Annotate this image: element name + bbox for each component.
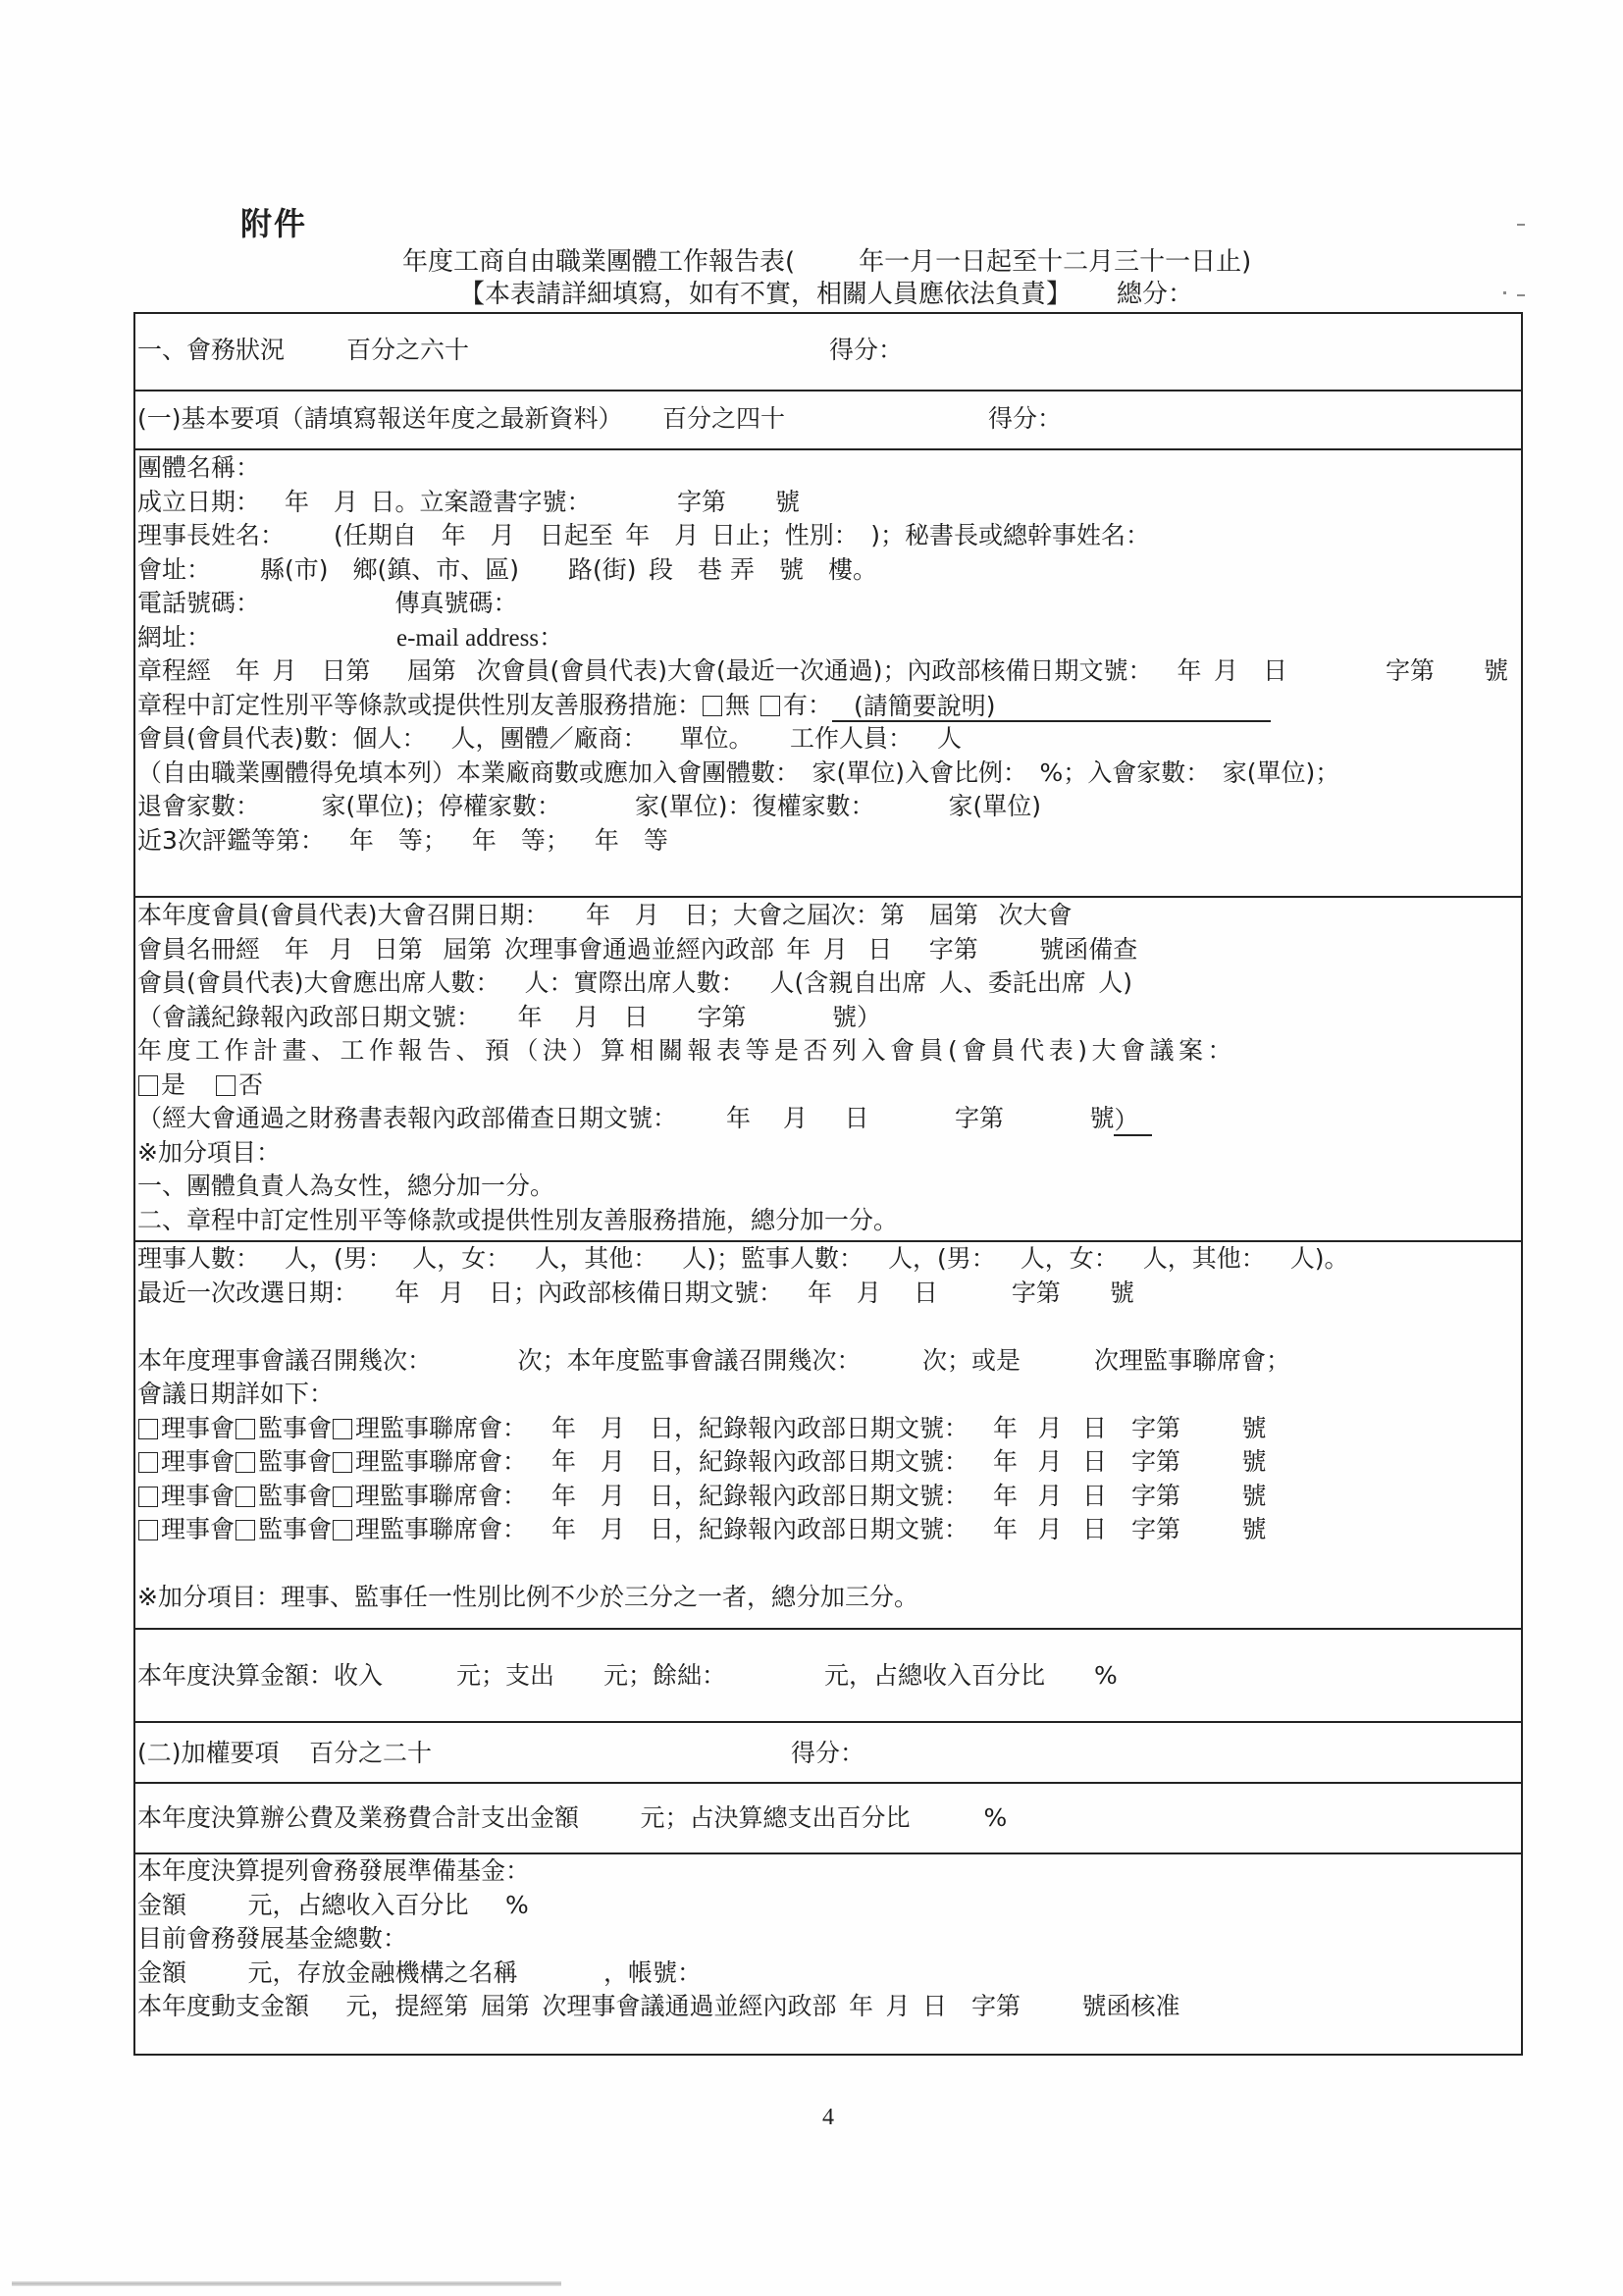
blank-line <box>137 1310 1521 1344</box>
option-label: 監事會 <box>258 1414 332 1442</box>
checkbox-gender-clause-yes[interactable] <box>760 696 780 716</box>
checkbox-joint-meeting[interactable] <box>333 1452 352 1473</box>
checkbox-supervisors-meeting[interactable] <box>236 1487 255 1507</box>
total-score-label: 總分： <box>1117 280 1193 309</box>
option-label: 理事會 <box>161 1447 235 1476</box>
final-accounts-block: 本年度決算金額：收入 元；支出 元；餘絀： 元，占總收入百分比 % <box>133 1628 1523 1721</box>
member-count-line: 會員(會員代表)數：個人： 人，團體／廠商： 單位。 工作人員： 人 <box>137 722 1521 757</box>
form-notice: 【本表請詳細填寫，如有不實，相關人員應依法負責】 <box>459 280 1072 309</box>
withdrawal-count-line: 退會家數： 家(單位)；停權家數： 家(單位)：復權家數： 家(單位) <box>137 790 1521 824</box>
option-label-no: 否 <box>238 1070 263 1099</box>
bonus-item-line: 一、團體負責人為女性，總分加一分。 <box>137 1170 1521 1204</box>
address-line: 會址： 縣(市) 鄉(鎮、市、區) 路(街) 段 巷 弄 號 樓。 <box>137 553 1521 588</box>
financial-filing-line: （經大會通過之財務書表報內政部備查日期文號： 年 月 日 字第 號） <box>137 1102 1521 1136</box>
scan-mark <box>1517 294 1525 296</box>
checkbox-supervisors-meeting[interactable] <box>236 1520 255 1540</box>
option-label: 理監事聯席會： <box>355 1482 527 1510</box>
financial-filing-text: （經大會通過之財務書表報內政部備查日期文號： 年 月 日 字第 號 <box>137 1104 1114 1132</box>
section-heading: (一)基本要項（請填寫報送年度之最新資料） <box>137 402 623 437</box>
website-email-line: 網址：e-mail address： <box>137 621 1521 655</box>
website-label: 網址： <box>137 623 211 652</box>
meeting-detail: 年 月 日，紀錄報內政部日期文號： 年 月 日 字第 號 <box>527 1515 1266 1543</box>
option-label: 監事會 <box>258 1515 332 1543</box>
general-assembly-block: 本年度會員(會員代表)大會召開日期： 年 月 日；大會之屆次：第 屆第 次大會 … <box>133 896 1523 1240</box>
development-fund-block: 本年度決算提列會務發展準備基金： 金額 元，占總收入百分比 % 目前會務發展基金… <box>133 1852 1523 2056</box>
meeting-dates-title: 會議日期詳如下： <box>137 1378 1521 1412</box>
fund-deposit-line: 金額 元，存放金融機構之名稱 ，帳號： <box>137 1957 1521 1991</box>
meeting-row: 理事會監事會理監事聯席會： 年 月 日，紀錄報內政部日期文號： 年 月 日 字第… <box>137 1480 1521 1514</box>
option-label-yes: 有： <box>783 691 832 719</box>
checkbox-supervisors-meeting[interactable] <box>236 1452 255 1473</box>
phone-fax-line: 電話號碼： 傳真號碼： <box>137 587 1521 621</box>
option-label: 理事會 <box>161 1515 235 1543</box>
score-label: 得分： <box>988 402 1062 437</box>
charter-line: 章程經 年 月 日第 屆第 次會員(會員代表)大會(最近一次通過)；內政部核備日… <box>137 654 1521 689</box>
final-accounts-line: 本年度決算金額：收入 元；支出 元；餘絀： 元，占總收入百分比 % <box>137 1659 1521 1694</box>
checkbox-board-meeting[interactable] <box>138 1419 158 1439</box>
email-label: e-mail address： <box>396 625 563 652</box>
section-basic-items: (一)基本要項（請填寫報送年度之最新資料） 百分之四十 得分： <box>133 390 1523 448</box>
checkbox-agenda-no[interactable] <box>216 1075 236 1096</box>
checkbox-joint-meeting[interactable] <box>333 1487 352 1507</box>
founded-line: 成立日期： 年 月 日。立案證書字號： 字第 號 <box>137 486 1521 520</box>
page-number: 4 <box>822 2103 834 2132</box>
section-weight: 百分之二十 <box>309 1737 432 1771</box>
meeting-detail: 年 月 日，紀錄報內政部日期文號： 年 月 日 字第 號 <box>527 1482 1266 1510</box>
basic-info-block: 團體名稱： 成立日期： 年 月 日。立案證書字號： 字第 號 理事長姓名： (任… <box>133 448 1523 896</box>
attendance-line: 會員(會員代表)大會應出席人數： 人：實際出席人數： 人(含親自出席 人、委託出… <box>137 966 1521 1001</box>
board-count-line: 理事人數： 人，(男： 人，女： 人，其他： 人)；監事人數： 人，(男： 人，… <box>137 1242 1521 1277</box>
form-notice-line: 【本表請詳細填寫，如有不實，相關人員應依法負責】總分： <box>459 280 1193 309</box>
section-weighted-items: (二)加權要項 百分之二十 得分： <box>133 1721 1523 1782</box>
org-name-line: 團體名稱： <box>137 451 1521 486</box>
option-label: 理監事聯席會： <box>355 1414 527 1442</box>
scan-mark <box>1503 291 1506 294</box>
gender-clause-label: 章程中訂定性別平等條款或提供性別友善服務措施： <box>137 691 702 719</box>
fund-total-title: 目前會務發展基金總數： <box>137 1922 1521 1957</box>
meeting-row: 理事會監事會理監事聯席會： 年 月 日，紀錄報內政部日期文號： 年 月 日 字第… <box>137 1513 1521 1547</box>
option-label: 理事會 <box>161 1482 235 1510</box>
gender-clause-line: 章程中訂定性別平等條款或提供性別友善服務措施：無有：(請簡要說明) <box>137 689 1521 723</box>
score-label: 得分： <box>829 334 903 368</box>
agenda-question-line: 年度工作計畫、工作報告、預（決）算相關報表等是否列入會員(會員代表)大會議案： <box>137 1034 1521 1069</box>
fund-reserve-amount-line: 金額 元，占總收入百分比 % <box>137 1889 1521 1923</box>
blank-line <box>137 1547 1521 1582</box>
board-bonus-line: ※加分項目：理事、監事任一性別比例不少於三分之一者，總分加三分。 <box>137 1581 1521 1615</box>
checkbox-joint-meeting[interactable] <box>333 1419 352 1439</box>
section-heading: 一、會務狀況 <box>137 334 285 368</box>
attachment-label: 附件 <box>240 206 307 241</box>
chairman-line: 理事長姓名： (任期自 年 月 日起至 年 月 日止；性別： )；秘書長或總幹事… <box>137 519 1521 553</box>
form-title: 年度工商自由職業團體工作報告表( 年一月一日起至十二月三十一日止) <box>402 247 1251 277</box>
option-label-none: 無 <box>725 691 750 719</box>
board-block: 理事人數： 人，(男： 人，女： 人，其他： 人)；監事人數： 人，(男： 人，… <box>133 1240 1523 1628</box>
score-label: 得分： <box>791 1737 864 1771</box>
checkbox-joint-meeting[interactable] <box>333 1520 352 1540</box>
bonus-title-line: ※加分項目： <box>137 1136 1521 1171</box>
admin-expense-line: 本年度決算辦公費及業務費合計支出金額 元；占決算總支出百分比 % <box>137 1801 1521 1836</box>
minutes-filing-line: （會議紀錄報內政部日期文號： 年 月 日 字第 號） <box>137 1001 1521 1035</box>
option-label: 理監事聯席會： <box>355 1447 527 1476</box>
gender-clause-description-blank: (請簡要說明) <box>832 693 1271 722</box>
meeting-count-line: 本年度理事會議召開幾次： 次；本年度監事會議召開幾次： 次；或是 次理監事聯席會… <box>137 1344 1521 1379</box>
meeting-row: 理事會監事會理監事聯席會： 年 月 日，紀錄報內政部日期文號： 年 月 日 字第… <box>137 1445 1521 1480</box>
industry-ratio-line: （自由職業團體得免填本列）本業廠商數或應加入會團體數： 家(單位)入會比例： %… <box>137 757 1521 791</box>
member-roster-line: 會員名冊經 年 月 日第 屆第 次理事會通過並經內政部 年 月 日 字第 號函備… <box>137 933 1521 967</box>
bonus-item-line: 二、章程中訂定性別平等條款或提供性別友善服務措施，總分加一分。 <box>137 1204 1521 1238</box>
meeting-row: 理事會監事會理監事聯席會： 年 月 日，紀錄報內政部日期文號： 年 月 日 字第… <box>137 1412 1521 1446</box>
agenda-options-line: 是否 <box>137 1069 1521 1103</box>
checkbox-board-meeting[interactable] <box>138 1452 158 1473</box>
admin-expense-block: 本年度決算辦公費及業務費合計支出金額 元；占決算總支出百分比 % <box>133 1782 1523 1852</box>
assembly-date-line: 本年度會員(會員代表)大會召開日期： 年 月 日；大會之屆次：第 屆第 次大會 <box>137 899 1521 933</box>
section-heading: (二)加權要項 <box>137 1737 280 1771</box>
option-label-yes: 是 <box>161 1070 185 1099</box>
fund-reserve-title: 本年度決算提列會務發展準備基金： <box>137 1854 1521 1889</box>
checkbox-agenda-yes[interactable] <box>138 1075 158 1096</box>
evaluation-grade-line: 近3次評鑑等第： 年 等； 年 等； 年 等 <box>137 824 1521 859</box>
checkbox-board-meeting[interactable] <box>138 1520 158 1540</box>
meeting-detail: 年 月 日，紀錄報內政部日期文號： 年 月 日 字第 號 <box>527 1447 1266 1476</box>
scan-edge-artifact <box>12 2281 561 2286</box>
checkbox-supervisors-meeting[interactable] <box>236 1419 255 1439</box>
checkbox-board-meeting[interactable] <box>138 1487 158 1507</box>
option-label: 理監事聯席會： <box>355 1515 527 1543</box>
checkbox-gender-clause-none[interactable] <box>703 696 722 716</box>
document-page: 附件 年度工商自由職業團體工作報告表( 年一月一日起至十二月三十一日止) 【本表… <box>0 0 1623 2296</box>
section-weight: 百分之六十 <box>346 334 469 368</box>
option-label: 理事會 <box>161 1414 235 1442</box>
scan-mark <box>1517 224 1525 226</box>
reelection-line: 最近一次改選日期： 年 月 日；內政部核備日期文號： 年 月 日 字第 號 <box>137 1277 1521 1311</box>
section-weight: 百分之四十 <box>662 402 785 437</box>
option-label: 監事會 <box>258 1482 332 1510</box>
financial-filing-close: ） <box>1114 1107 1152 1136</box>
option-label: 監事會 <box>258 1447 332 1476</box>
fund-withdrawal-line: 本年度動支金額 元，提經第 屆第 次理事會議通過並經內政部 年 月 日 字第 號… <box>137 1990 1521 2024</box>
meeting-detail: 年 月 日，紀錄報內政部日期文號： 年 月 日 字第 號 <box>527 1414 1266 1442</box>
section-association-affairs: 一、會務狀況 百分之六十 得分： <box>133 312 1523 390</box>
